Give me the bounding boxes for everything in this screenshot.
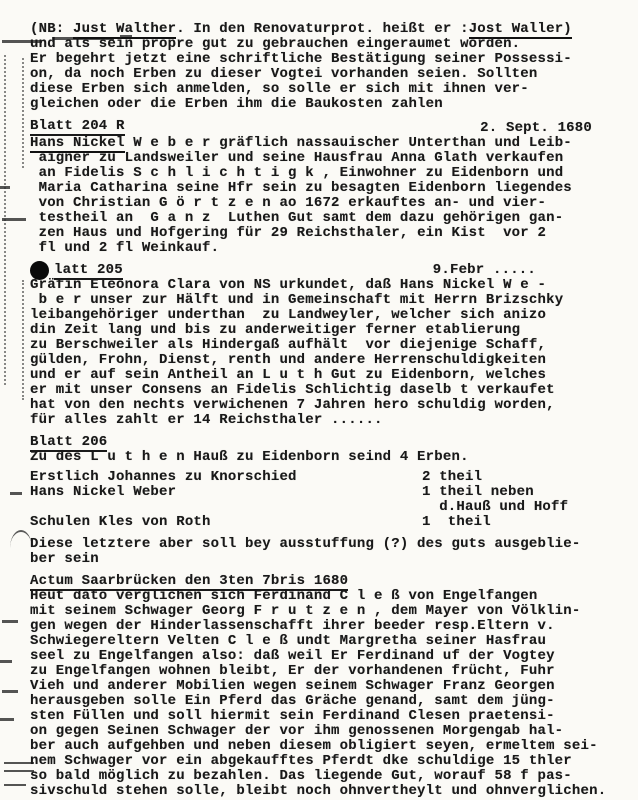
blatt-206-intro-line: Zu des L u t h e n Hauß zu Eidenborn sei… [30, 450, 622, 465]
actum-header: Actum Saarbrücken den 3ten 7bris 1680 [30, 574, 622, 589]
text-line: mit seinem Schwager Georg F r u t z e n … [30, 604, 622, 619]
intro-lines: und als sein propre gut zu gebrauchen ei… [30, 37, 622, 112]
text-line: testheil an G a n z Luthen Gut samt dem … [30, 211, 622, 226]
nb-mid: . In den Renovaturprot. heißt er : [176, 21, 468, 37]
text-line: sten Füllen und soll hiermit sein Ferdin… [30, 709, 622, 724]
erbe-share: 2 theil [422, 470, 482, 485]
section-blatt-204: Blatt 204 R 2. Sept. 1680 Hans Nickel W … [30, 119, 622, 256]
scan-artifact-underscore [10, 492, 22, 495]
text-line: gen wegen der Hinderlassenschafft ihrer … [30, 619, 622, 634]
text-line: b e r unser zur Hälft und in Gemeinschaf… [30, 293, 622, 308]
text-line: fl und 2 fl Weinkauf. [30, 241, 622, 256]
erbe-share: 1 theil [422, 515, 491, 530]
scan-artifact-comma: ’ [606, 0, 624, 3]
text-line: Vieh und anderer Mobilien wegen seinem S… [30, 679, 622, 694]
blatt-206-note: Diese letztere aber soll bey ausstuffung… [30, 537, 622, 567]
text-line: so bald möglich zu bezahlen. Das liegend… [30, 769, 622, 784]
text-line: nem Schwager vor ein abgekaufftes Pferdt… [30, 754, 622, 769]
erbe-name: Erstlich Johannes zu Knorschied [30, 470, 422, 485]
erbe-name: Schulen Kles von Roth [30, 515, 422, 530]
scan-artifact-dash [0, 186, 10, 189]
text-line: Diese letztere aber soll bey ausstuffung… [30, 537, 622, 552]
text-line: gülden, Frohn, Dienst, renth und andere … [30, 353, 622, 368]
text-line: sivschuld stehen solle, bleibt noch ohnv… [30, 784, 622, 799]
erbe-name: Hans Nickel Weber [30, 485, 422, 500]
scan-artifact-dotted-line [22, 280, 24, 400]
text-line: Schwiegereltern Velten C l e ß undt Marg… [30, 634, 622, 649]
scan-artifact-dash [2, 690, 18, 693]
erbe-share: 1 theil neben [422, 485, 534, 500]
erben-row: Erstlich Johannes zu Knorschied 2 theil [30, 470, 622, 485]
text-line: und als sein propre gut zu gebrauchen ei… [30, 37, 622, 52]
text-line: din Zeit lang und bis zu anderweitiger f… [30, 323, 622, 338]
text-line: Maria Catharina seine Hfr sein zu besagt… [30, 181, 622, 196]
section-blatt-206: Blatt 206 Zu des L u t h e n Hauß zu Eid… [30, 435, 622, 567]
text-line: diese Erben sich anmelden, so solle er s… [30, 82, 622, 97]
blatt-205-header: latt 205 9.Febr ..... [30, 263, 622, 278]
text-line: herausgeben solle Ein Pferd das Gräche g… [30, 694, 622, 709]
erben-list: Erstlich Johannes zu Knorschied 2 theil … [30, 470, 622, 530]
blatt-204-line1-rest: W e b e r gräflich nassauischer Untertha… [125, 135, 572, 151]
section-blatt-205: latt 205 9.Febr ..... Gräfin Eleonora Cl… [30, 263, 622, 428]
text-line: für alles zahlt er 14 Reichsthaler .....… [30, 413, 622, 428]
ink-blot [30, 261, 49, 280]
blatt-205-heading-wrap: latt 205 [54, 263, 123, 278]
text-line: ber auch aufgehben und neben diesem obli… [30, 739, 622, 754]
scan-artifact-dash [2, 620, 18, 623]
text-line: on, da noch Erben zu dieser Vogtei vorha… [30, 67, 622, 82]
text-line: ber sein [30, 552, 622, 567]
document-body: (NB: Just Walther. In den Renovaturprot.… [30, 22, 622, 800]
text-line: an Fidelis S c h l i c h t i g k , Einwo… [30, 166, 622, 181]
text-line: Heut dato verglichen sich Ferdinand C l … [30, 589, 622, 604]
text-line: leibangehöriger underthan zu Landweyler,… [30, 308, 622, 323]
blatt-205-date: 9.Febr ..... [433, 263, 536, 278]
blatt-206-header: Blatt 206 [30, 435, 622, 450]
text-line: von Christian G ö r t z e n ao 1672 erka… [30, 196, 622, 211]
scan-artifact-double-line [4, 784, 26, 786]
erben-row: Hans Nickel Weber 1 theil neben [30, 485, 622, 500]
text-line: on gegen Seinen Schwager der vor ihm gen… [30, 724, 622, 739]
scan-artifact-dash [2, 218, 26, 221]
text-line: Gräfin Eleonora Clara von NS urkundet, d… [30, 278, 622, 293]
blatt-205-heading: latt 205 [54, 262, 123, 280]
erbe-share: d.Hauß und Hoff [422, 500, 568, 515]
scan-artifact-arc [10, 530, 32, 548]
blatt-204-lines: aigner zu Landsweiler und seine Hausfrau… [30, 151, 622, 256]
blatt-204-header: Blatt 204 R 2. Sept. 1680 [30, 119, 622, 136]
erben-row: Schulen Kles von Roth 1 theil [30, 515, 622, 530]
actum-lines: Heut dato verglichen sich Ferdinand C l … [30, 589, 622, 799]
blatt-204-date: 2. Sept. 1680 [480, 121, 592, 136]
text-line: er mit unser Consens an Fidelis Schlicht… [30, 383, 622, 398]
scan-artifact-dash [0, 660, 12, 663]
text-line: und er auf sein Antheil an L u t h Gut z… [30, 368, 622, 383]
nb-prefix: (NB: [30, 21, 73, 37]
scan-artifact-dotted-line [22, 58, 24, 168]
text-line: zu Engelfangen wohnen bleibt, Er der vor… [30, 664, 622, 679]
erbe-name [30, 500, 422, 515]
text-line: zu Berschweiler als Hindergaß aufhält vo… [30, 338, 622, 353]
text-line: gleichen oder die Erben ihm die Baukoste… [30, 97, 622, 112]
intro-paragraph: (NB: Just Walther. In den Renovaturprot.… [30, 22, 622, 112]
scan-artifact-dash [0, 718, 14, 721]
blatt-204-heading: Blatt 204 R [30, 119, 125, 136]
blatt-205-lines: Gräfin Eleonora Clara von NS urkundet, d… [30, 278, 622, 428]
section-actum: Actum Saarbrücken den 3ten 7bris 1680 He… [30, 574, 622, 799]
blatt-204-line: Hans Nickel W e b e r gräflich nassauisc… [30, 136, 622, 151]
text-line: hat von den nechts verwichenen 7 Jahren … [30, 398, 622, 413]
scanned-document-page: ’ (NB: Just Walther. In den Renovaturpro… [0, 0, 638, 800]
nb-line: (NB: Just Walther. In den Renovaturprot.… [30, 22, 622, 37]
text-line: zen Haus und Hofgering für 29 Reichsthal… [30, 226, 622, 241]
text-line: aigner zu Landsweiler und seine Hausfrau… [30, 151, 622, 166]
erben-row: d.Hauß und Hoff [30, 500, 622, 515]
text-line: Er begehrt jetzt eine schriftliche Bestä… [30, 52, 622, 67]
text-line: seel zu Engelfangen also: daß weil Er Fe… [30, 649, 622, 664]
